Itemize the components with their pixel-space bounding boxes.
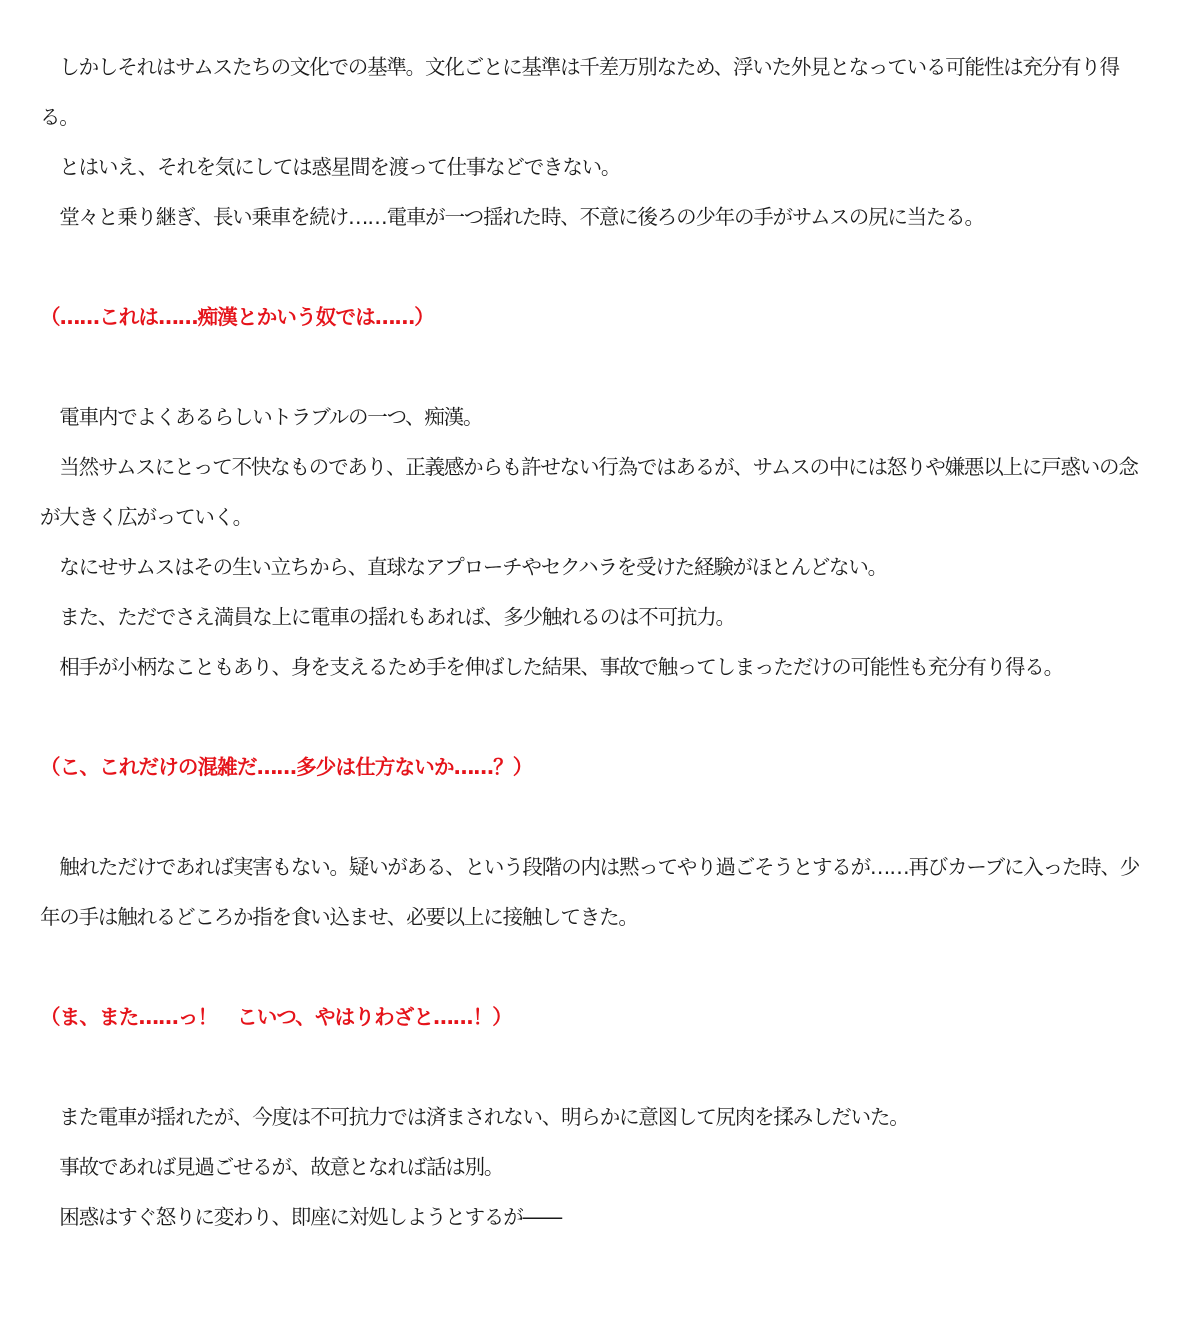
narration-paragraph: 相手が小柄なこともあり、身を支えるため手を伸ばした結果、事故で触ってしまっただけ… xyxy=(40,642,1145,692)
narration-paragraph: 当然サムスにとって不快なものであり、正義感からも許せない行為ではあるが、サムスの… xyxy=(40,442,1145,542)
narration-paragraph: なにせサムスはその生い立ちから、直球なアプローチやセクハラを受けた経験がほとんど… xyxy=(40,542,1145,592)
blank-line xyxy=(40,242,1145,292)
narration-paragraph: とはいえ、それを気にしては惑星間を渡って仕事などできない。 xyxy=(40,142,1145,192)
document-page: しかしそれはサムスたちの文化での基準。文化ごとに基準は千差万別なため、浮いた外見… xyxy=(40,42,1145,1242)
monologue-line: （ま、また……っ！ こいつ、やはりわざと……！） xyxy=(40,992,1145,1042)
narration-paragraph: また、ただでさえ満員な上に電車の揺れもあれば、多少触れるのは不可抗力。 xyxy=(40,592,1145,642)
narration-paragraph: しかしそれはサムスたちの文化での基準。文化ごとに基準は千差万別なため、浮いた外見… xyxy=(40,42,1145,142)
blank-line xyxy=(40,942,1145,992)
blank-line xyxy=(40,1042,1145,1092)
monologue-line: （こ、これだけの混雑だ……多少は仕方ないか……？） xyxy=(40,742,1145,792)
blank-line xyxy=(40,342,1145,392)
narration-paragraph: 困惑はすぐ怒りに変わり、即座に対処しようとするが―― xyxy=(40,1192,1145,1242)
narration-paragraph: 堂々と乗り継ぎ、長い乗車を続け……電車が一つ揺れた時、不意に後ろの少年の手がサム… xyxy=(40,192,1145,242)
narration-paragraph: また電車が揺れたが、今度は不可抗力では済まされない、明らかに意図して尻肉を揉みし… xyxy=(40,1092,1145,1142)
monologue-line: （……これは……痴漢とかいう奴では……） xyxy=(40,292,1145,342)
blank-line xyxy=(40,792,1145,842)
narration-paragraph: 電車内でよくあるらしいトラブルの一つ、痴漢。 xyxy=(40,392,1145,442)
blank-line xyxy=(40,692,1145,742)
narration-paragraph: 事故であれば見過ごせるが、故意となれば話は別。 xyxy=(40,1142,1145,1192)
narration-paragraph: 触れただけであれば実害もない。疑いがある、という段階の内は黙ってやり過ごそうとす… xyxy=(40,842,1145,942)
